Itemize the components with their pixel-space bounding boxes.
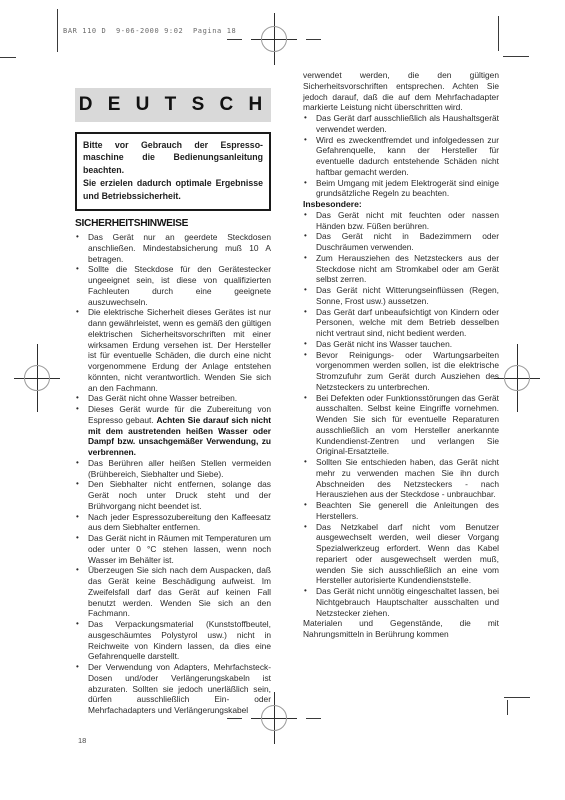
bullet-icon: • [76,232,79,243]
bullet-icon: • [76,619,79,630]
bullet-text: Das Gerät nicht unnötig eingeschaltet la… [316,586,499,618]
bullet-text: Dieses Gerät wurde für die Zubereitung v… [88,404,271,457]
safety-bullet-item: •Das Berühren aller heißen Stellen verme… [75,458,271,480]
safety-bullet-item: •Beachten Sie generell die Anleitungen d… [303,500,499,522]
safety-bullet-item: •Den Siebhalter nicht entfernen, solange… [75,479,271,511]
safety-bullet-item: •Dieses Gerät wurde für die Zubereitung … [75,404,271,458]
safety-bullet-item: •Bevor Reinigungs- oder Wartungsarbeiten… [303,350,499,393]
bullet-icon: • [76,393,79,404]
safety-bullet-item: •Bei Defekten oder Funktionsstörungen da… [303,393,499,458]
bullet-text: Das Gerät nicht Witterungseinflüssen (Re… [316,285,499,306]
registration-mark-left-icon [7,348,67,408]
safety-bullet-item: •Die elektrische Sicherheit dieses Gerät… [75,307,271,393]
notice-sentence-2: Sie erzielen dadurch optimale Ergebnisse… [83,177,263,202]
bullet-icon: • [76,458,79,469]
bullet-text: Das Gerät nicht in Räumen mit Temperatur… [88,533,271,565]
scanned-manual-page: { "bullet_char": "•", "print_header": "B… [0,0,565,800]
safety-bullet-item: •Überzeugen Sie sich nach dem Auspacken,… [75,565,271,619]
left-column: D E U T S C H Bitte vor Gebrauch der Esp… [75,88,271,716]
bullet-text: Das Gerät nur an geerdete Steckdosen ans… [88,232,271,264]
bullet-icon: • [76,479,79,490]
bullet-icon: • [304,253,307,264]
bullet-text: Das Netzkabel darf nicht vom Benutzer au… [316,522,499,586]
bullet-text: Das Gerät nicht in Badezimmern oder Dusc… [316,231,499,252]
bullet-text: Das Gerät darf ausschließlich als Hausha… [316,113,499,134]
safety-bullet-item: •Sollten Sie entschieden haben, das Gerä… [303,457,499,500]
bullet-icon: • [76,565,79,576]
crop-mark-top-right-vertical [498,16,499,51]
crop-mark-top-left-horizontal [0,57,16,58]
bullet-icon: • [76,404,79,415]
registration-mark-top-icon [244,9,304,69]
safety-bullet-item: •Das Gerät nicht unnötig eingeschaltet l… [303,586,499,618]
bullet-icon: • [304,231,307,242]
safety-bullet-item: •Das Gerät nicht ohne Wasser betreiben. [75,393,271,404]
bullet-text: Nach jeder Espressozubereitung den Kaffe… [88,512,271,533]
usage-notice-box: Bitte vor Gebrauch der Espresso-maschine… [75,132,271,211]
safety-bullet-item: •Das Verpackungsmaterial (Kunststoffbeut… [75,619,271,662]
crop-mark-top-left-vertical [57,9,58,52]
safety-bullet-item: •Beim Umgang mit jedem Elektrogerät sind… [303,178,499,200]
safety-bullet-item: •Das Netzkabel darf nicht vom Benutzer a… [303,522,499,587]
bullet-text: Das Gerät nicht mit feuchten oder nassen… [316,210,499,231]
crop-mark-bottom-right-horizontal [504,697,530,698]
bullet-text: Bevor Reinigungs- oder Wartungsarbeiten … [316,350,499,392]
bullet-text: Sollten Sie entschieden haben, das Gerät… [316,457,499,499]
bullet-text: Bei Defekten oder Funktionsstörungen das… [316,393,499,457]
safety-bullet-item: •Das Gerät darf unbeaufsichtigt von Kind… [303,307,499,339]
notice-sentence-1: Bitte vor Gebrauch der Espresso-maschine… [83,139,263,176]
bullet-icon: • [304,457,307,468]
safety-bullet-item: •Sollte die Steckdose für den Gerätestec… [75,264,271,307]
bullet-icon: • [304,285,307,296]
language-title-banner: D E U T S C H [75,88,271,122]
crop-mark-bottom-right-vertical [507,700,508,715]
bullet-text: Das Berühren aller heißen Stellen vermei… [88,458,271,479]
safety-bullet-item: •Das Gerät nicht ins Wasser tauchen. [303,339,499,350]
bullet-icon: • [304,350,307,361]
bullet-icon: • [76,533,79,544]
safety-bullet-item: •Das Gerät darf ausschließlich als Haush… [303,113,499,135]
bullet-icon: • [304,113,307,124]
bullet-text: Sollte die Steckdose für den Gerätesteck… [88,264,271,306]
bullet-text: Das Gerät darf unbeaufsichtigt von Kinde… [316,307,499,339]
bullet-icon: • [76,512,79,523]
closing-paragraph: Materialen und Gegenstände, die mit Nahr… [303,618,499,640]
safety-bullet-item: •Zum Herausziehen des Netzsteckers aus d… [303,253,499,285]
section-title-safety: SICHERHEITSHINWEISE [75,218,271,229]
subheading-insbesondere: Insbesondere: [303,199,499,210]
bullet-icon: • [304,339,307,350]
safety-bullet-list-right-1: •Das Gerät darf ausschließlich als Haush… [303,113,499,199]
safety-bullet-item: •Nach jeder Espressozubereitung den Kaff… [75,512,271,534]
bullet-text: Beim Umgang mit jedem Elektrogerät sind … [316,178,499,199]
bullet-icon: • [304,586,307,597]
bullet-icon: • [76,662,79,673]
bullet-text: Wird es zweckentfremdet und infolgedesse… [316,135,499,177]
bullet-icon: • [304,135,307,146]
bullet-icon: • [304,210,307,221]
bullet-text: Zum Herausziehen des Netzsteckers aus de… [316,253,499,285]
bullet-icon: • [304,178,307,189]
page-number: 18 [78,736,86,745]
bullet-icon: • [304,500,307,511]
bullet-text: Das Gerät nicht ins Wasser tauchen. [316,339,452,349]
bullet-text: Beachten Sie generell die Anleitungen de… [316,500,499,521]
safety-bullet-item: •Der Verwendung von Adapters, Mehrfachst… [75,662,271,716]
safety-bullet-item: •Das Gerät nicht Witterungseinflüssen (R… [303,285,499,307]
bullet-text: Das Gerät nicht ohne Wasser betreiben. [88,393,237,403]
safety-bullet-item: •Das Gerät nur an geerdete Steckdosen an… [75,232,271,264]
crop-mark-top-right-horizontal [503,56,529,57]
safety-bullet-item: •Das Gerät nicht in Räumen mit Temperatu… [75,533,271,565]
safety-bullet-item: •Wird es zweckentfremdet und infolgedess… [303,135,499,178]
bullet-icon: • [304,307,307,318]
bullet-icon: • [304,393,307,404]
bullet-icon: • [76,264,79,275]
print-slug-text: BAR 110 D 9-06-2000 9:02 Pagina 18 [63,27,236,35]
safety-bullet-list-right-2: •Das Gerät nicht mit feuchten oder nasse… [303,210,499,619]
bullet-icon: • [76,307,79,318]
continuation-paragraph: verwendet werden, die den gültigen Siche… [303,70,499,113]
bullet-text: Die elektrische Sicherheit dieses Geräte… [88,307,271,392]
safety-bullet-item: •Das Gerät nicht in Badezimmern oder Dus… [303,231,499,253]
bullet-text: Den Siebhalter nicht entfernen, solange … [88,479,271,511]
safety-bullet-list-left: •Das Gerät nur an geerdete Steckdosen an… [75,232,271,716]
bullet-icon: • [304,522,307,533]
bullet-text: Der Verwendung von Adapters, Mehrfachste… [88,662,271,715]
bullet-text: Überzeugen Sie sich nach dem Auspacken, … [88,565,271,618]
bullet-text: Das Verpackungsmaterial (Kunststoffbeute… [88,619,271,661]
right-column: verwendet werden, die den gültigen Siche… [303,70,499,640]
safety-bullet-item: •Das Gerät nicht mit feuchten oder nasse… [303,210,499,232]
